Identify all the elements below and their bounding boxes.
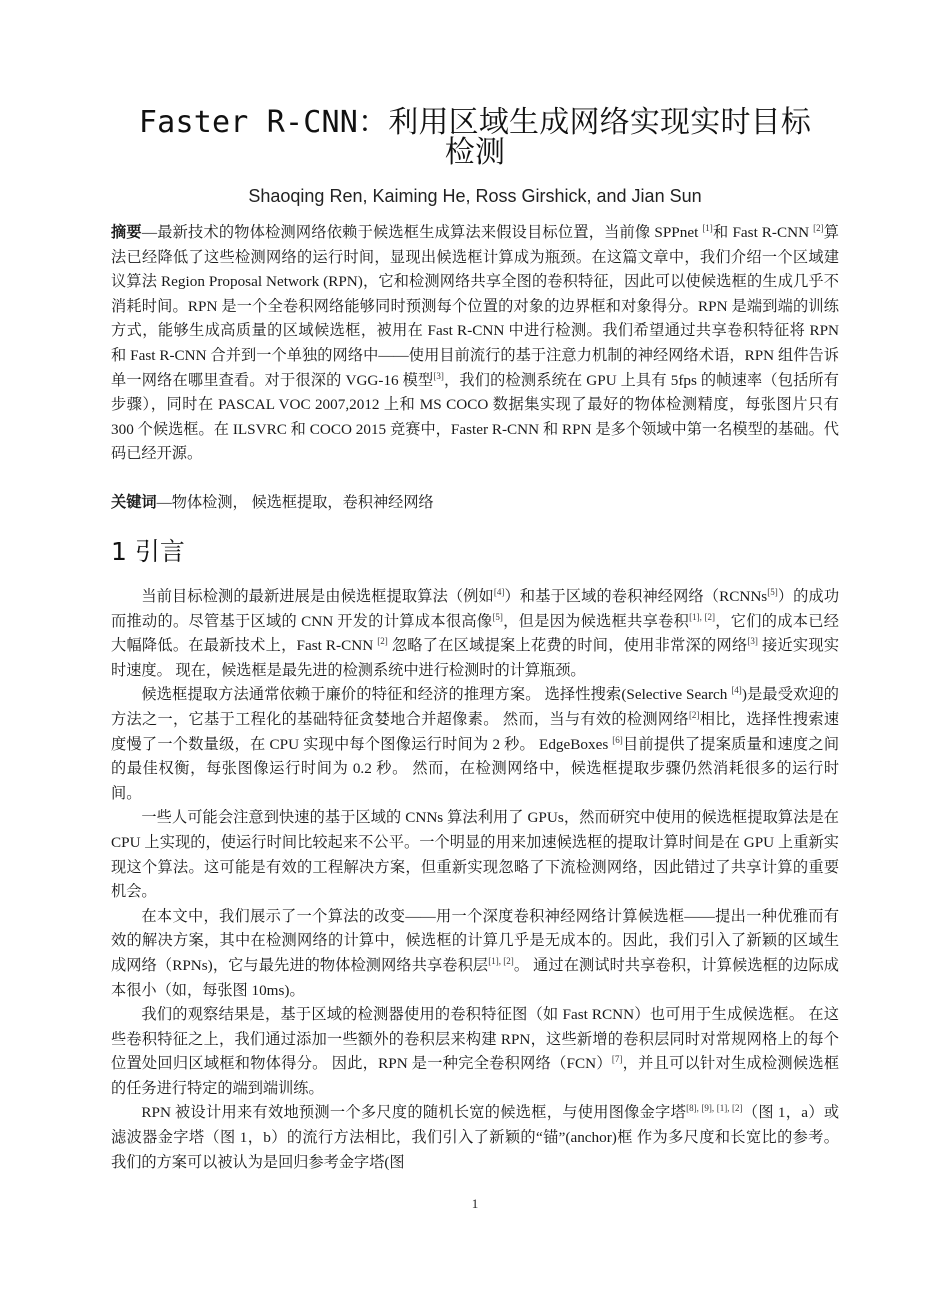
abstract-text: 和 Fast R-CNN bbox=[713, 224, 813, 241]
paragraph: 我们的观察结果是，基于区域的检测器使用的卷积特征图（如 Fast RCNN）也可… bbox=[111, 1003, 839, 1101]
abstract-text: —最新技术的物体检测网络依赖于候选框生成算法来假设目标位置，当前像 SPPnet bbox=[142, 224, 702, 241]
abstract-label: 摘要 bbox=[111, 223, 142, 241]
title-line-2: 检测 bbox=[111, 138, 839, 168]
citation: [5] bbox=[492, 612, 503, 622]
citation: [7] bbox=[612, 1054, 623, 1064]
paper-title: Faster R-CNN：利用区域生成网络实现实时目标 检测 bbox=[111, 108, 839, 168]
keywords-text: —物体检测， 候选框提取，卷积神经网络 bbox=[157, 494, 434, 511]
citation: [6] bbox=[612, 735, 623, 745]
paragraph: 在本文中，我们展示了一个算法的改变——用一个深度卷积神经网络计算候选框——提出一… bbox=[111, 905, 839, 1003]
citation: [1], [2] bbox=[488, 956, 514, 966]
citation: [4] bbox=[731, 685, 742, 695]
paragraph-text: ，但是因为候选框共享卷积 bbox=[503, 613, 689, 630]
paragraph-text: 当前目标检测的最新进展是由候选框提取算法（例如 bbox=[141, 588, 494, 605]
citation: [4] bbox=[494, 587, 505, 597]
citation: [3] bbox=[433, 371, 444, 381]
citation: [2] bbox=[689, 710, 700, 720]
keywords-label: 关键词 bbox=[111, 493, 157, 511]
citation: [1] bbox=[702, 223, 713, 233]
paragraph-text: 忽略了在区域提案上花费的时间，使用非常深的网络 bbox=[388, 637, 748, 654]
paragraph: 候选框提取方法通常依赖于廉价的特征和经济的推理方案。 选择性搜索(Selecti… bbox=[111, 683, 839, 806]
paragraph-text: ）和基于区域的卷积神经网络（RCNNs bbox=[504, 588, 767, 605]
introduction-body: 当前目标检测的最新进展是由候选框提取算法（例如[4]）和基于区域的卷积神经网络（… bbox=[111, 585, 839, 1175]
citation: [2] bbox=[377, 636, 388, 646]
abstract-text: 算法已经降低了这些检测网络的运行时间，显现出候选框计算成为瓶颈。在这篇文章中，我… bbox=[111, 224, 839, 389]
paragraph-text: 一些人可能会注意到快速的基于区域的 CNNs 算法利用了 GPUs，然而研究中使… bbox=[111, 809, 839, 900]
paragraph: 一些人可能会注意到快速的基于区域的 CNNs 算法利用了 GPUs，然而研究中使… bbox=[111, 806, 839, 904]
citation: [3] bbox=[747, 636, 758, 646]
section-heading-introduction: 1 引言 bbox=[111, 532, 185, 568]
paragraph: 当前目标检测的最新进展是由候选框提取算法（例如[4]）和基于区域的卷积神经网络（… bbox=[111, 585, 839, 683]
title-line-1: Faster R-CNN：利用区域生成网络实现实时目标 bbox=[111, 108, 839, 138]
author-list: Shaoqing Ren, Kaiming He, Ross Girshick,… bbox=[111, 186, 839, 207]
citation: [5] bbox=[767, 587, 778, 597]
page-number: 1 bbox=[111, 1196, 839, 1212]
citation: [2] bbox=[813, 223, 824, 233]
citation: [8], [9], [1], [2] bbox=[686, 1103, 742, 1113]
keywords: 关键词—物体检测， 候选框提取，卷积神经网络 bbox=[111, 490, 839, 516]
citation: [1], [2] bbox=[689, 612, 715, 622]
paragraph: RPN 被设计用来有效地预测一个多尺度的随机长宽的候选框，与使用图像金字塔[8]… bbox=[111, 1101, 839, 1175]
paragraph-text: RPN 被设计用来有效地预测一个多尺度的随机长宽的候选框，与使用图像金字塔 bbox=[141, 1104, 686, 1121]
paragraph-text: 候选框提取方法通常依赖于廉价的特征和经济的推理方案。 选择性搜索(Selecti… bbox=[141, 686, 731, 703]
abstract: 摘要—最新技术的物体检测网络依赖于候选框生成算法来假设目标位置，当前像 SPPn… bbox=[111, 220, 839, 467]
